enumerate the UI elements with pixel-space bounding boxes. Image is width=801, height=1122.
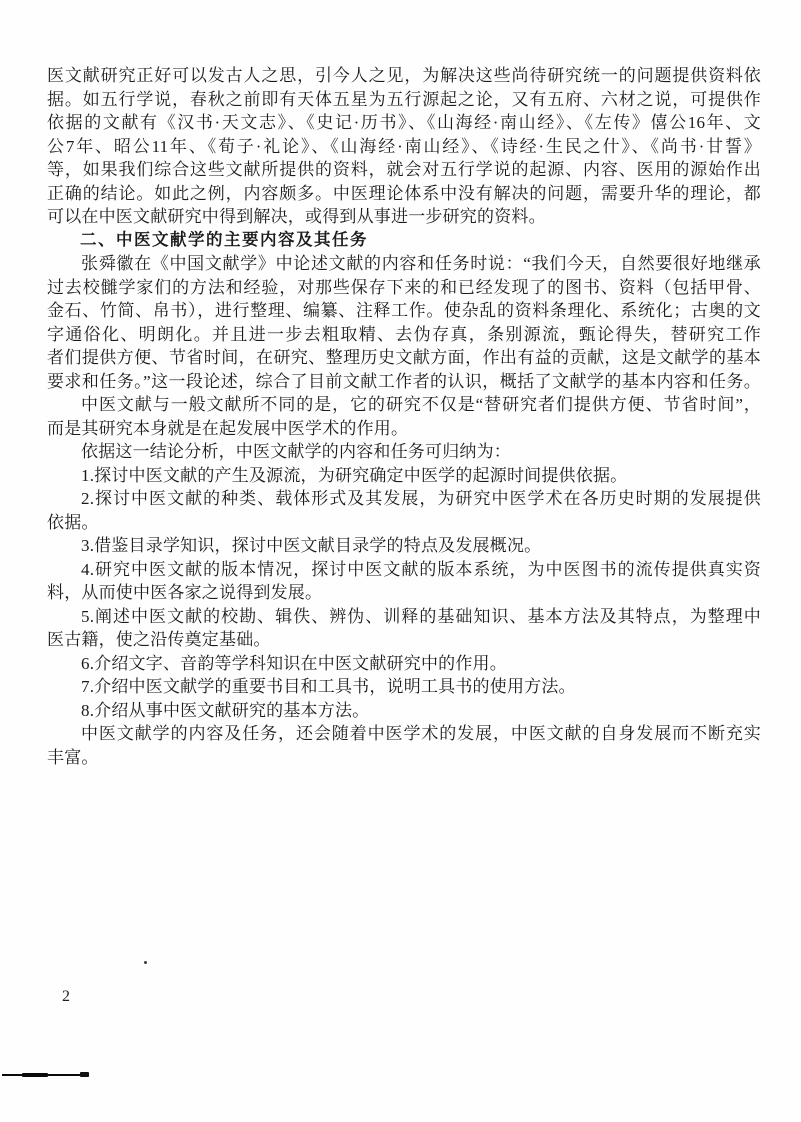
text-line: 8.介绍从事中医文献研究的基本方法。: [47, 699, 761, 723]
text-line: 等，如果我们综合这些文献所提供的资料，就会对五行学说的起源、内容、医用的源始作出: [47, 158, 761, 182]
text-line: 7.介绍中医文献学的重要书目和工具书，说明工具书的使用方法。: [47, 675, 761, 699]
scan-speck-artifact: [144, 961, 147, 964]
text-line: 依据的文献有《汉书·天文志》、《史记·历书》、《山海经·南山经》、《左传》僖公1…: [47, 111, 761, 135]
text-line: 中医文献学的内容及任务，还会随着中医学术的发展，中医文献的自身发展而不断充实: [47, 722, 761, 746]
text-line: 据。如五行学说，春秋之前即有天体五星为五行源起之论，又有五府、六材之说，可提供作: [47, 88, 761, 112]
text-line: 2.探讨中医文献的种类、载体形式及其发展，为研究中医学术在各历史时期的发展提供: [47, 487, 761, 511]
scanned-book-page: 医文献研究正好可以发古人之思，引今人之见，为解决这些尚待研究统一的问题提供资料依…: [0, 0, 801, 1122]
text-line: 可以在中医文献研究中得到解决，或得到从事进一步研究的资料。: [47, 205, 761, 229]
text-line: 料，从而使中医各家之说得到发展。: [47, 581, 761, 605]
text-line: 医文献研究正好可以发古人之思，引今人之见，为解决这些尚待研究统一的问题提供资料依: [47, 64, 761, 88]
text-line: 依据。: [47, 511, 761, 535]
text-line: 1.探讨中医文献的产生及源流，为研究确定中医学的起源时间提供依据。: [47, 464, 761, 488]
scan-artifact-blob: [80, 1072, 89, 1077]
scan-artifact-blob: [22, 1073, 48, 1077]
text-line: 5.阐述中医文献的校勘、辑佚、辨伪、训释的基础知识、基本方法及其特点，为整理中: [47, 605, 761, 629]
page-number: 2: [62, 988, 70, 1006]
text-line: 金石、竹简、帛书），进行整理、编纂、注释工作。使杂乱的资料条理化、系统化；古奥的…: [47, 299, 761, 323]
text-line: 正确的结论。如此之例，内容颇多。中医理论体系中没有解决的问题，需要升华的理论，都: [47, 182, 761, 206]
text-line: 3.借鉴目录学知识，探讨中医文献目录学的特点及发展概况。: [47, 534, 761, 558]
text-line: 张舜徽在《中国文献学》中论述文献的内容和任务时说：“我们今天，自然要很好地继承: [47, 252, 761, 276]
text-line: 公7年、昭公11年、《荀子·礼论》、《山海经·南山经》、《诗经·生民之什》、《尚…: [47, 135, 761, 159]
text-line: 4.研究中医文献的版本情况，探讨中医文献的版本系统，为中医图书的流传提供真实资: [47, 558, 761, 582]
text-block: 医文献研究正好可以发古人之思，引今人之见，为解决这些尚待研究统一的问题提供资料依…: [47, 64, 761, 769]
text-line: 依据这一结论分析，中医文献学的内容和任务可归纳为：: [47, 440, 761, 464]
text-line: 医古籍，使之沿传奠定基础。: [47, 628, 761, 652]
text-line: 过去校雠学家们的方法和经验，对那些保存下来的和已经发现了的图书、资料（包括甲骨、: [47, 276, 761, 300]
text-line: 丰富。: [47, 746, 761, 770]
text-line: 者们提供方便、节省时间，在研究、整理历史文献方面，作出有益的贡献，这是文献学的基…: [47, 346, 761, 370]
text-line: 字通俗化、明朗化。并且进一步去粗取精、去伪存真，条别源流，甄论得失，替研究工作: [47, 323, 761, 347]
text-line: 要求和任务。”这一段论述，综合了目前文献工作者的认识，概括了文献学的基本内容和任…: [47, 370, 761, 394]
text-line: 而是其研究本身就是在起发展中医学术的作用。: [47, 417, 761, 441]
section-heading: 二、中医文献学的主要内容及其任务: [47, 229, 761, 253]
text-line: 6.介绍文字、音韵等学科知识在中医文献研究中的作用。: [47, 652, 761, 676]
text-line: 中医文献与一般文献所不同的是，它的研究不仅是“替研究者们提供方便、节省时间”，: [47, 393, 761, 417]
